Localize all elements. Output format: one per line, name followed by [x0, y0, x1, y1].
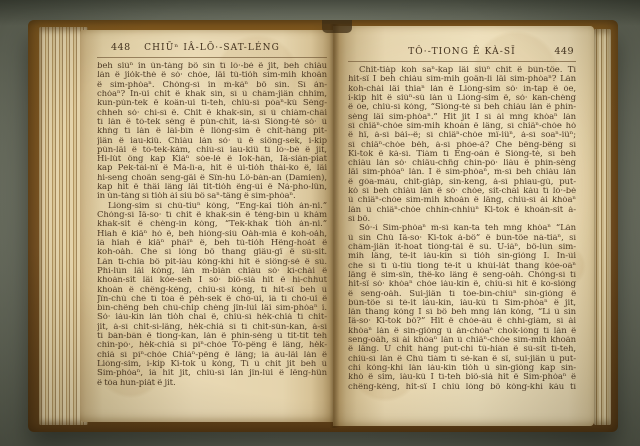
text-line: bīn-chêng beh chū-chi̍p chèng jîn-lūi lâ…: [97, 304, 327, 313]
right-header-rule: [348, 61, 576, 62]
text-line: chām-jiân it-hoat tiōng-tāi ê sū. Ū-iáⁿ,…: [348, 243, 576, 252]
text-line: ê tōa hun-pia̍t ê ji̍t.: [97, 379, 327, 388]
text-line: būn-tôe sī tē-it iàu-kín, iàu-kú tī Sím-…: [348, 299, 576, 308]
text-line: ê lâng. Ū chi̍t hāng put-chí tù-hiān ê s…: [348, 345, 576, 354]
text-line: Hiah ê kiâⁿ hó ê, beh hióng-siū Oa̍h-miā…: [97, 230, 327, 239]
book-spine-top: [322, 20, 352, 33]
right-page-number: 449: [554, 46, 574, 58]
text-line: ê gōa-māu, chit-gia̍p, sìn-keng, á-sī ph…: [348, 178, 576, 187]
text-line: kun-pún-tek ê koân-ui tī-teh, chiū-sī pō…: [97, 99, 327, 108]
right-page: TÔ·-TIONG Ê KÀ-SĪ 449 Chit-tia̍p koh saⁿ…: [333, 26, 594, 426]
text-line: khoán ê chêng-kéng, chiū-sī kóng, tī hit…: [97, 286, 327, 295]
text-line: sèng lâi sím-phòaⁿ.” Hit ji̍t I sī ài mn…: [348, 113, 576, 122]
text-line: khǹg tī lán ê lāi-bīn ê liōng-sim ê chi̍…: [97, 127, 327, 136]
text-line: seng-oa̍h, sī ài khòaⁿ lán ū chiâⁿ-chòe …: [348, 336, 576, 345]
text-line: ji̍t, á-sī chi̍t-sì-lâng, he̍k-chiá sī t…: [97, 323, 327, 332]
text-line: Liōng-sim sī chú-tiuⁿ kóng, “Eng-kai tio…: [97, 202, 327, 211]
text-line: lán ū chiâⁿ-chòe chhin-chhiūⁿ Ki-tok ê k…: [348, 206, 576, 215]
text-line: Chit-tia̍p koh saⁿ-kap lâi siūⁿ chi̍t ê …: [348, 66, 576, 75]
text-line: chí kóng-khí lán iàu-kín tio̍h ū sìn-gió…: [348, 364, 576, 373]
text-line: Liōng-sim, í-ki̍p Ki-tok ū kóng, Tī ū ch…: [97, 360, 327, 369]
page-edges-right: [594, 29, 611, 425]
text-line: lán ê jio̍k-thé ê só· chòe, lâi tú-tio̍h…: [97, 71, 327, 80]
text-line: che sī tī ú-tiū tiong tē-it ū khùi-la̍t …: [348, 262, 576, 271]
right-running-title: TÔ·-TIONG Ê KÀ-SĪ: [408, 47, 516, 57]
text-line: Hi-lu̍t ông kap Kiáⁿ sòe-lé ê Iok-hān, I…: [97, 155, 327, 164]
text-line: mi̍h lâng, tē-it iàu-kín sī tio̍h sìn-gi…: [348, 252, 576, 261]
left-page: 448 CHIŪⁿ IÂ-LŌ·-SAT-LÉNG beh siūⁿ in ún…: [80, 30, 333, 422]
text-line: chiá sī pìⁿ-chòe Chiàⁿ-pêng ê lâng; iā ā…: [97, 351, 327, 360]
text-line: Só·-í Sím-phòaⁿ m̄-sī kan-ta teh mn̄g kh…: [348, 224, 576, 233]
text-line: Chóng-sī Iâ-so· tī chit ê khak-sìn ê tén…: [97, 211, 327, 220]
left-page-number: 448: [111, 42, 131, 54]
text-line: khòaⁿ lán ê sìn-gióng ū án-chóaⁿ chok-iō…: [348, 327, 576, 336]
text-line: Lán tī-chia bô pit-iàu kóng-khí hit ê si…: [97, 258, 327, 267]
text-line: í-ki̍p hit ê siúⁿ-sù lán ū Liōng-sim ê, …: [348, 94, 576, 103]
text-line: koh-chài lâi thiaⁿ lán ê Liōng-sim só· ì…: [348, 85, 576, 94]
text-line: beh siūⁿ in ún-tàng bô sìn tī lō·-bé ê j…: [97, 62, 327, 71]
text-line: chêng-kéng, hit-sî I chiū lóng bô kóng-k…: [348, 383, 576, 392]
book-photo-scene: 448 CHIŪⁿ IÂ-LŌ·-SAT-LÉNG beh siūⁿ in ún…: [0, 0, 640, 446]
text-line: chheh só· chí-sī ê. Chit ê khak-sìn, sī …: [97, 109, 327, 118]
open-book: 448 CHIŪⁿ IÂ-LŌ·-SAT-LÉNG beh siūⁿ in ún…: [28, 20, 618, 432]
text-line: ê hî, á-sī bái--ê; sī chiâⁿ-chòe mî-iûⁿ,…: [348, 131, 576, 140]
left-header-rule: [97, 57, 327, 58]
text-line: tī bān-bān ê tiong-kan, lán ê phín-sèng …: [97, 332, 327, 341]
text-line: chiū-sī lán ê Chú tiàm tī sè-kan ê sî, s…: [348, 355, 576, 364]
text-line: Iâ-so· Ki-tok bô?” Hit ê chòe-āu ê chhì-…: [348, 317, 576, 326]
text-line: koh-oa̍h. Che sī lóng bô thang giâu-gî ê…: [97, 248, 327, 257]
text-line: hit-sî só· khòaⁿ chòe iàu-kín ê, chiū-sī…: [348, 280, 576, 289]
text-line: ê ōe, chiū-sī kóng, “Siōng-tè sī beh chi…: [348, 103, 576, 112]
text-line: khak-si̍t ê chèng-ìn kóng, “Tek-khak tio…: [97, 220, 327, 229]
text-line: lán thang kóng I sī bô beh mn̄g lán kóng…: [348, 308, 576, 317]
text-line: ū sìn Chú Iâ-so· Ki-tok á-bô” ê būn-tôe …: [348, 234, 576, 243]
left-page-body: beh siūⁿ in ún-tàng bô sìn tī lō·-bé ê j…: [97, 62, 327, 388]
text-line: sī bô.: [348, 215, 576, 224]
text-line: kò sī beh chiàu lán ê só· chòe, si̍t-chā…: [348, 187, 576, 196]
right-page-header: TÔ·-TIONG Ê KÀ-SĪ 449: [348, 46, 576, 58]
text-line: iā hiah ê kiâⁿ pháiⁿ ê, beh tú-tio̍h Hên…: [97, 239, 327, 248]
text-line: pún-lâi ê tō-tek-kám, chiū-sī iau-kiû tī…: [97, 146, 327, 155]
text-line: Só· iàu-kín lán tio̍h chai ê, chiū-sī he…: [97, 313, 327, 322]
right-page-body: Chit-tia̍p koh saⁿ-kap lâi siūⁿ chi̍t ê …: [348, 66, 576, 392]
text-line: chóaⁿ? In-ūi chit ê khak sìn, sī ū chām-…: [97, 90, 327, 99]
text-line: ê sím-phòaⁿ. Chóng-sī in m̄-káⁿ bô sìn. …: [97, 81, 327, 90]
text-line: kap Pek-tāi-nî ê Má-lī-a, hit ê ūi-tio̍h…: [97, 164, 327, 173]
text-line: sī chiâⁿ-chòe sím-mi̍h khoán ê lâng, sī …: [348, 122, 576, 131]
text-line: lâng ê sim-sîn, thê-ko lâng ê seng-oa̍h.…: [348, 271, 576, 280]
text-line: hit-sî I beh chiàu sím-mi̍h goân-lí lâi …: [348, 75, 576, 84]
text-line: Sím-phòaⁿ, iā hit ji̍t, chiū-sī lán jîn-…: [97, 369, 327, 378]
text-line: Ki-tok ê kà-sī. Tiàm tī Éng-oán ê Siōng-…: [348, 150, 576, 159]
text-line: hi-seng choân seng-gâi ê Sîn-hū Lô-bán-a…: [97, 174, 327, 183]
text-line: Jîn-chú chē tī tōa ê pe̍h-sek ê chō-ūi, …: [97, 295, 327, 304]
text-line: khoán-sit lâi kóe-seh I só· biô-siá hit …: [97, 276, 327, 285]
left-page-header: 448 CHIŪⁿ IÂ-LŌ·-SAT-LÉNG: [97, 42, 327, 54]
text-line: tī lán ê tō-tek sèng ê pún-chit, iā-sī S…: [97, 118, 327, 127]
text-line: Phí-lūn lâi kóng, lán m̄-bián chiàu só· …: [97, 267, 327, 276]
text-line: chìn-pō·, he̍k-chiá sī pìⁿ-chòe Tò-pêng …: [97, 341, 327, 350]
left-running-title: CHIŪⁿ IÂ-LŌ·-SAT-LÉNG: [144, 43, 280, 53]
text-line: khò ê sim, iàu-kú I tī-teh biô-siá hit ê…: [348, 373, 576, 382]
right-page-text-column: TÔ·-TIONG Ê KÀ-SĪ 449 Chit-tia̍p koh saⁿ…: [348, 46, 576, 392]
text-line: in ún-tàng sī tio̍h ài siū bô saⁿ-tâng ê…: [97, 192, 327, 201]
left-page-text-column: 448 CHIŪⁿ IÂ-LŌ·-SAT-LÉNG beh siūⁿ in ún…: [97, 42, 327, 388]
text-line: chiàu lán só· chiâu-chn̂g chìn-pō· liáu …: [348, 159, 576, 168]
text-line: ê seng-oa̍h. Sui-jiân tī tōe-bīn-chiūⁿ s…: [348, 290, 576, 299]
text-line: kap hit ê thâi lâng lâi tit-tio̍h êng-ūi…: [97, 183, 327, 192]
text-line: ū chiâⁿ-chòe sím-mi̍h khoán ê lâng, chiū…: [348, 196, 576, 205]
text-line: lâi sím-phòaⁿ lán. I ê sím-phòaⁿ, m̄-sī …: [348, 168, 576, 177]
text-line: sī chiâⁿ-chòe be̍h, á-sī phōe-á? Che bên…: [348, 141, 576, 150]
text-line: jiân ê iau-kiû. Chiàu lán só· ū ê siông-…: [97, 137, 327, 146]
